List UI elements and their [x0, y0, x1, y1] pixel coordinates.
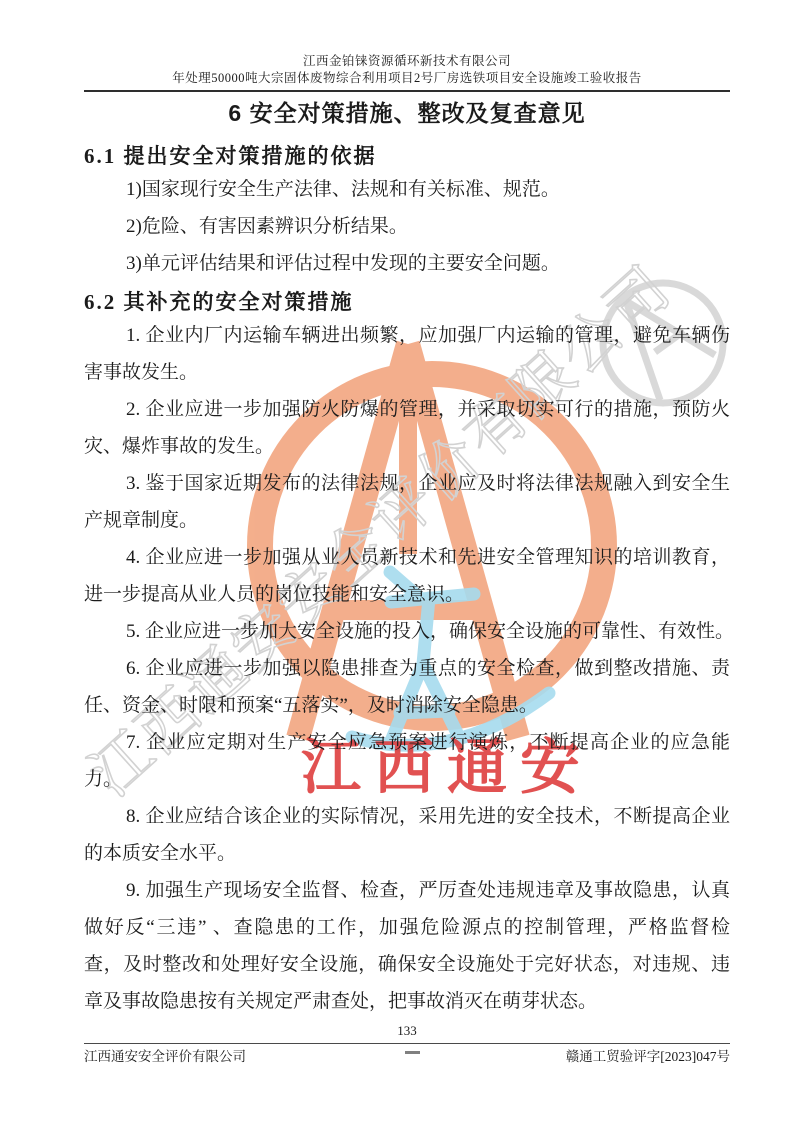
text-line: 9. 加强生产现场安全监督、检查，严厉查处违规违章及事故隐患，认真 — [84, 872, 730, 909]
section-heading: 6.2 其补充的安全对策措施 — [84, 287, 730, 317]
paragraph: 3)单元评估结果和评估过程中发现的主要安全问题。 — [84, 245, 730, 282]
paragraph: 7. 企业应定期对生产安全应急预案进行演炼，不断提高企业的应急能力。 — [84, 724, 730, 798]
text-line: 的本质安全水平。 — [84, 835, 730, 872]
sections-container: 6.1 提出安全对策措施的依据1)国家现行安全生产法律、法规和有关标准、规范。2… — [84, 141, 730, 1020]
text-line: 8. 企业应结合该企业的实际情况，采用先进的安全技术，不断提高企业 — [84, 798, 730, 835]
text-line: 害事故发生。 — [84, 354, 730, 391]
text-line: 7. 企业应定期对生产安全应急预案进行演炼，不断提高企业的应急能 — [84, 724, 730, 761]
footer-doc-number: 赣通工贸验评字[2023]047号 — [566, 1049, 730, 1065]
footer-row: 江西通安安全评价有限公司 赣通工贸验评字[2023]047号 — [84, 1043, 730, 1065]
text-line: 6. 企业应进一步加强以隐患排查为重点的安全检查，做到整改措施、责 — [84, 650, 730, 687]
text-line: 4. 企业应进一步加强从业人员新技术和先进安全管理知识的培训教育， — [84, 539, 730, 576]
header-report-title: 年处理50000吨大宗固体废物综合利用项目2号厂房选铁项目安全设施竣工验收报告 — [84, 70, 730, 87]
page-number: 133 — [84, 1023, 730, 1043]
paragraph: 1. 企业内厂内运输车辆进出频繁，应加强厂内运输的管理，避免车辆伤害事故发生。 — [84, 317, 730, 391]
text-line: 1. 企业内厂内运输车辆进出频繁，应加强厂内运输的管理，避免车辆伤 — [84, 317, 730, 354]
text-line: 3. 鉴于国家近期发布的法律法规，企业应及时将法律法规融入到安全生 — [84, 465, 730, 502]
document-content: 江西金铂铼资源循环新技术有限公司 年处理50000吨大宗固体废物综合利用项目2号… — [0, 0, 800, 1020]
text-line: 3)单元评估结果和评估过程中发现的主要安全问题。 — [84, 245, 730, 282]
text-line: 力。 — [84, 761, 730, 798]
page-header: 江西金铂铼资源循环新技术有限公司 年处理50000吨大宗固体废物综合利用项目2号… — [84, 0, 730, 92]
footer-company: 江西通安安全评价有限公司 — [84, 1049, 246, 1065]
text-line: 做好反“三违” 、查隐患的工作，加强危险源点的控制管理，严格监督检 — [84, 909, 730, 946]
text-line: 进一步提高从业人员的岗位技能和安全意识。 — [84, 576, 730, 613]
paragraph: 3. 鉴于国家近期发布的法律法规，企业应及时将法律法规融入到安全生产规章制度。 — [84, 465, 730, 539]
paragraph: 4. 企业应进一步加强从业人员新技术和先进安全管理知识的培训教育，进一步提高从业… — [84, 539, 730, 613]
paragraph: 5. 企业应进一步加大安全设施的投入，确保安全设施的可靠性、有效性。 — [84, 613, 730, 650]
chapter-title: 6 安全对策措施、整改及复查意见 — [84, 97, 730, 129]
text-line: 1)国家现行安全生产法律、法规和有关标准、规范。 — [84, 171, 730, 208]
text-line: 查，及时整改和处理好安全设施，确保安全设施处于完好状态，对违规、违 — [84, 946, 730, 983]
text-line: 2. 企业应进一步加强防火防爆的管理，并采取切实可行的措施，预防火 — [84, 391, 730, 428]
text-line: 任、资金、时限和预案“五落实”，及时消除安全隐患。 — [84, 687, 730, 724]
header-company: 江西金铂铼资源循环新技术有限公司 — [84, 53, 730, 70]
paragraph: 9. 加强生产现场安全监督、检查，严厉查处违规违章及事故隐患，认真做好反“三违”… — [84, 872, 730, 1020]
page-footer: 133 江西通安安全评价有限公司 赣通工贸验评字[2023]047号 — [84, 1023, 730, 1065]
section-heading: 6.1 提出安全对策措施的依据 — [84, 141, 730, 171]
paragraph: 8. 企业应结合该企业的实际情况，采用先进的安全技术，不断提高企业的本质安全水平… — [84, 798, 730, 872]
paragraph: 2)危险、有害因素辨识分析结果。 — [84, 208, 730, 245]
footer-dash — [405, 1051, 420, 1054]
text-line: 5. 企业应进一步加大安全设施的投入，确保安全设施的可靠性、有效性。 — [84, 613, 730, 650]
document-page: 江西通安安全评价有限公司 江西通安 江西金铂铼资源循环新技术有限公司 年处理50… — [0, 0, 800, 1131]
paragraph: 1)国家现行安全生产法律、法规和有关标准、规范。 — [84, 171, 730, 208]
text-line: 产规章制度。 — [84, 502, 730, 539]
text-line: 章及事故隐患按有关规定严肃查处，把事故消灭在萌芽状态。 — [84, 983, 730, 1020]
paragraph: 2. 企业应进一步加强防火防爆的管理，并采取切实可行的措施，预防火灾、爆炸事故的… — [84, 391, 730, 465]
text-line: 2)危险、有害因素辨识分析结果。 — [84, 208, 730, 245]
paragraph: 6. 企业应进一步加强以隐患排查为重点的安全检查，做到整改措施、责任、资金、时限… — [84, 650, 730, 724]
text-line: 灾、爆炸事故的发生。 — [84, 428, 730, 465]
